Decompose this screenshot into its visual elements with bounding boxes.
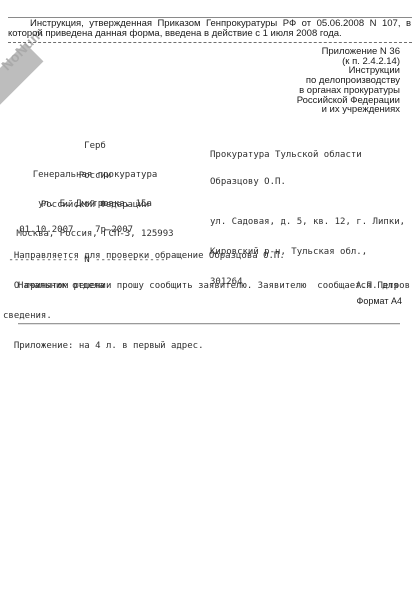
- signature-title: Начальник отдела: [18, 281, 105, 291]
- recipient-organization: Прокуратура Тульской области: [210, 150, 362, 160]
- document-page: NoNum Инструкция, утвержденная Приказом …: [0, 0, 420, 600]
- signature-name: А.П.Петров: [356, 281, 410, 291]
- appendix-line: и их учреждениях: [297, 105, 400, 115]
- intro-note: Инструкция, утвержденная Приказом Генпро…: [8, 19, 411, 39]
- body-line: Направляется для проверки обращение Обра…: [3, 251, 399, 261]
- dashed-divider: [8, 42, 412, 43]
- bottom-divider: [18, 323, 400, 324]
- appendix-reference: Приложение N 36 (к п. 2.4.2.14) Инструкц…: [297, 47, 400, 115]
- body-line: Приложение: на 4 л. в первый адрес.: [3, 341, 399, 351]
- format-label: Формат А4: [357, 296, 402, 306]
- signature-row: Начальник отдела А.П.Петров: [18, 281, 410, 291]
- recipient-address-line: ул. Садовая, д. 5, кв. 12, г. Липки,: [210, 217, 405, 227]
- letter-body: Направляется для проверки обращение Обра…: [3, 231, 399, 371]
- body-line: сведения.: [3, 311, 399, 321]
- recipient-person: Образцову О.П.: [210, 177, 286, 187]
